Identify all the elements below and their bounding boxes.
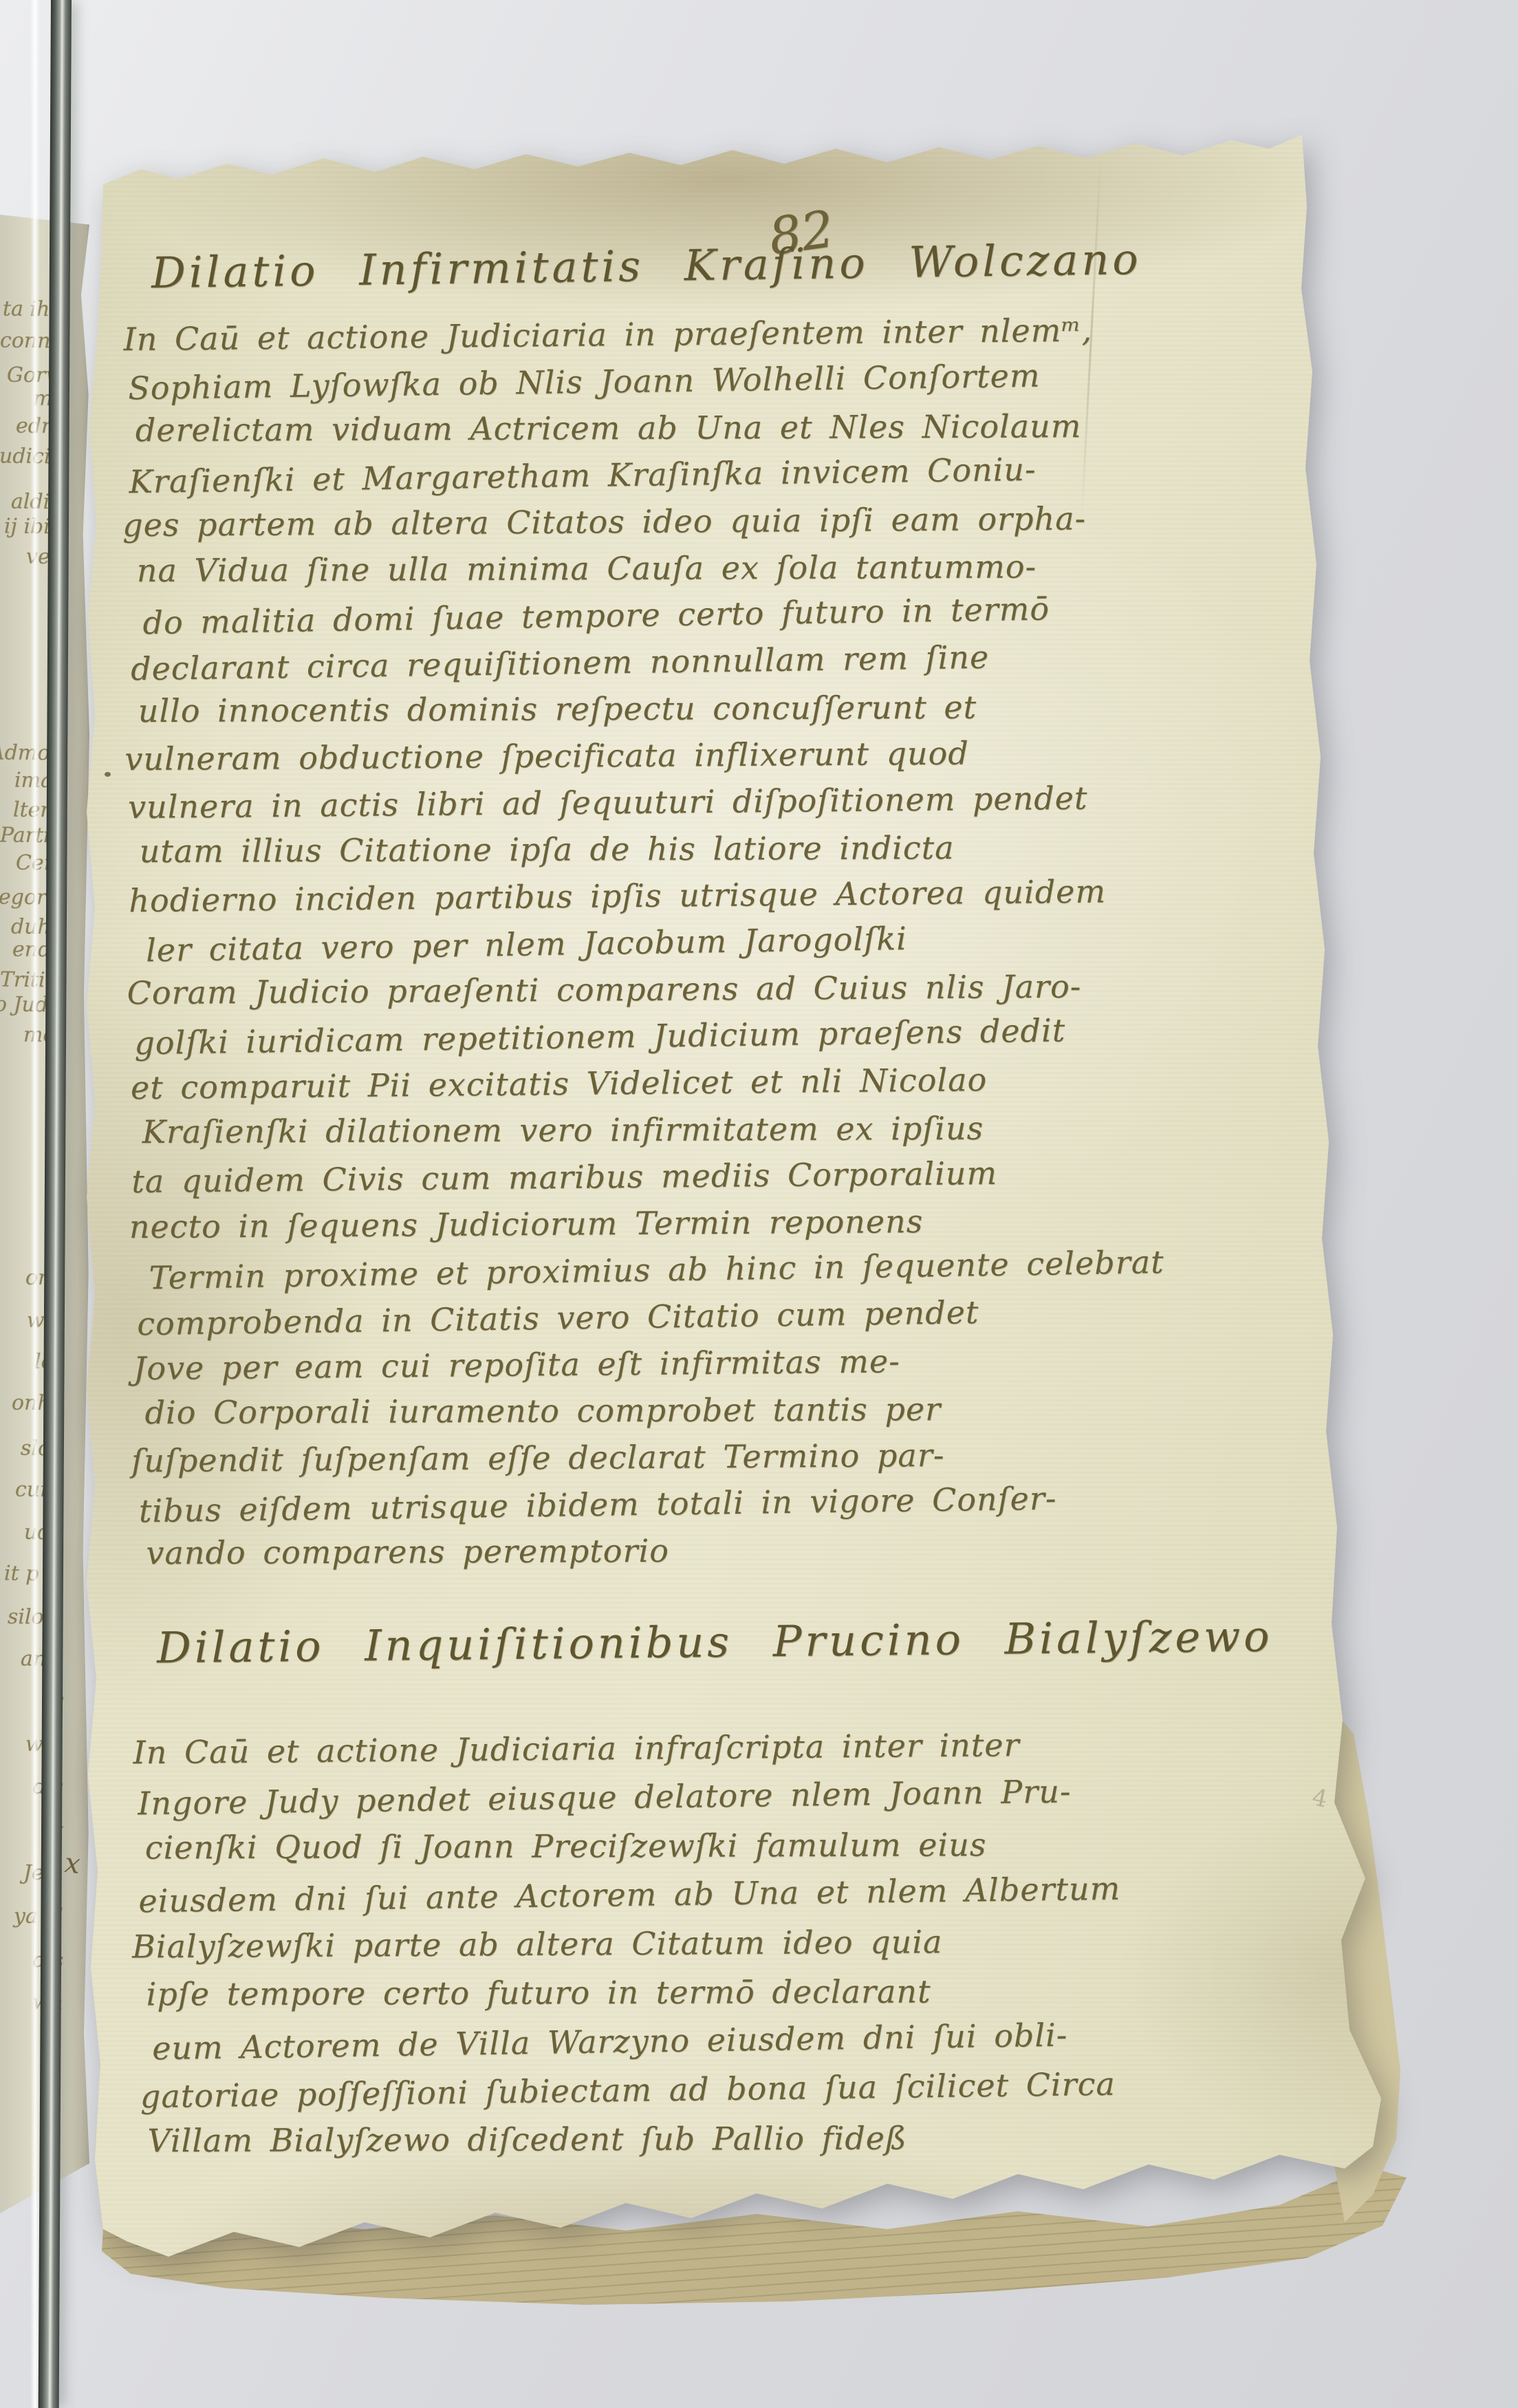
manuscript-line: vulneram obductione ſpecificata inflixer… — [124, 729, 1140, 782]
manuscript-page-wrap: 82 Dilatio Infirmitatis Kraſino Wolczano… — [0, 0, 1518, 2408]
entry-1-body: In Caū et actione Judiciaria in praeſent… — [123, 306, 1151, 1579]
manuscript-line: utam illius Citatione ipſa de his latior… — [140, 824, 1155, 874]
entry-1-heading: Dilatio Infirmitatis Kraſino Wolczano — [151, 238, 1142, 294]
manuscript-line: vando comparens peremptorio — [146, 1525, 1161, 1576]
entry-2-heading: Dilatio Inquiſitionibus Prucino Bialyſze… — [157, 1615, 1273, 1670]
manuscript-line: ta quidem Civis cum maribus mediis Corpo… — [131, 1148, 1147, 1205]
manuscript-line: cienſki Quod ſi Joann Preciſzewſki famul… — [145, 1820, 1127, 1872]
manuscript-line: Villam Bialyſzewo diſcedent ſub Pallio f… — [147, 2113, 1129, 2165]
scan-backdrop: ta ihdconnoGorwmzedroudicioaldinij ibidv… — [0, 0, 1518, 2408]
pencil-mark: 4 — [1310, 1783, 1330, 1814]
manuscript-line: Bialyſzewſki parte ab altera Citatum ide… — [132, 1917, 1114, 1972]
manuscript-line: ipſe tempore certo futuro in termō decla… — [146, 1966, 1128, 2019]
entry-2-body: In Caū et actione Judiciaria infraſcript… — [133, 1720, 1118, 2168]
manuscript-line: vulnera in actis libri ad ſequuturi diſp… — [128, 774, 1144, 830]
manuscript-line: et comparuit Pii excitatis Videlicet et … — [131, 1055, 1147, 1111]
ink-dot — [105, 772, 111, 777]
glass-edge-highlight — [30, 0, 40, 2408]
manuscript-line: ges partem ab altera Citatos ideo quia i… — [122, 495, 1138, 548]
marginal-mark: x — [63, 1847, 82, 1880]
manuscript-line: eiusdem dni ſui ante Actorem ab Una et n… — [138, 1864, 1121, 1926]
manuscript-page: 82 Dilatio Infirmitatis Kraſino Wolczano… — [0, 0, 1518, 2408]
manuscript-line: dio Corporali iuramento comprobet tantis… — [144, 1385, 1160, 1436]
manuscript-line: Jove per eam cui repoſita eſt infirmitas… — [133, 1335, 1149, 1392]
manuscript-line: ullo innocentis dominis reſpectu concuſſ… — [138, 683, 1153, 734]
manuscript-line: Kraſienſki dilationem vero infirmitatem … — [142, 1104, 1157, 1155]
